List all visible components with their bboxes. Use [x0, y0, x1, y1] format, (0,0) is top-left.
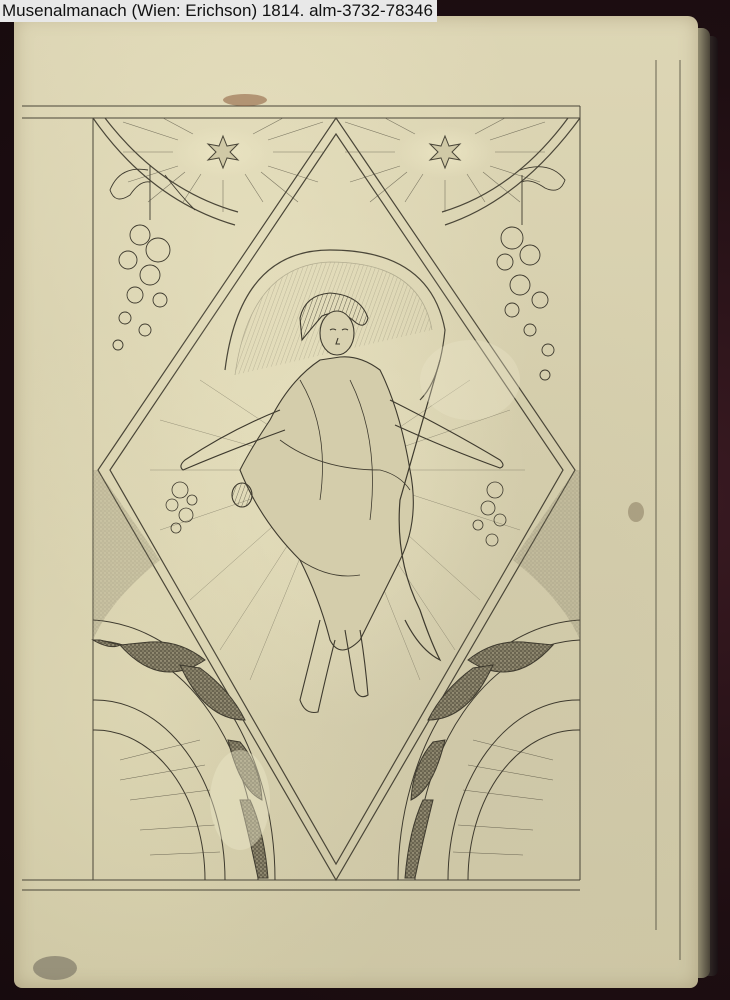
- cover-engraving: [14, 16, 708, 990]
- book: [14, 16, 708, 990]
- image-caption-label: Musenalmanach (Wien: Erichson) 1814. alm…: [0, 0, 437, 22]
